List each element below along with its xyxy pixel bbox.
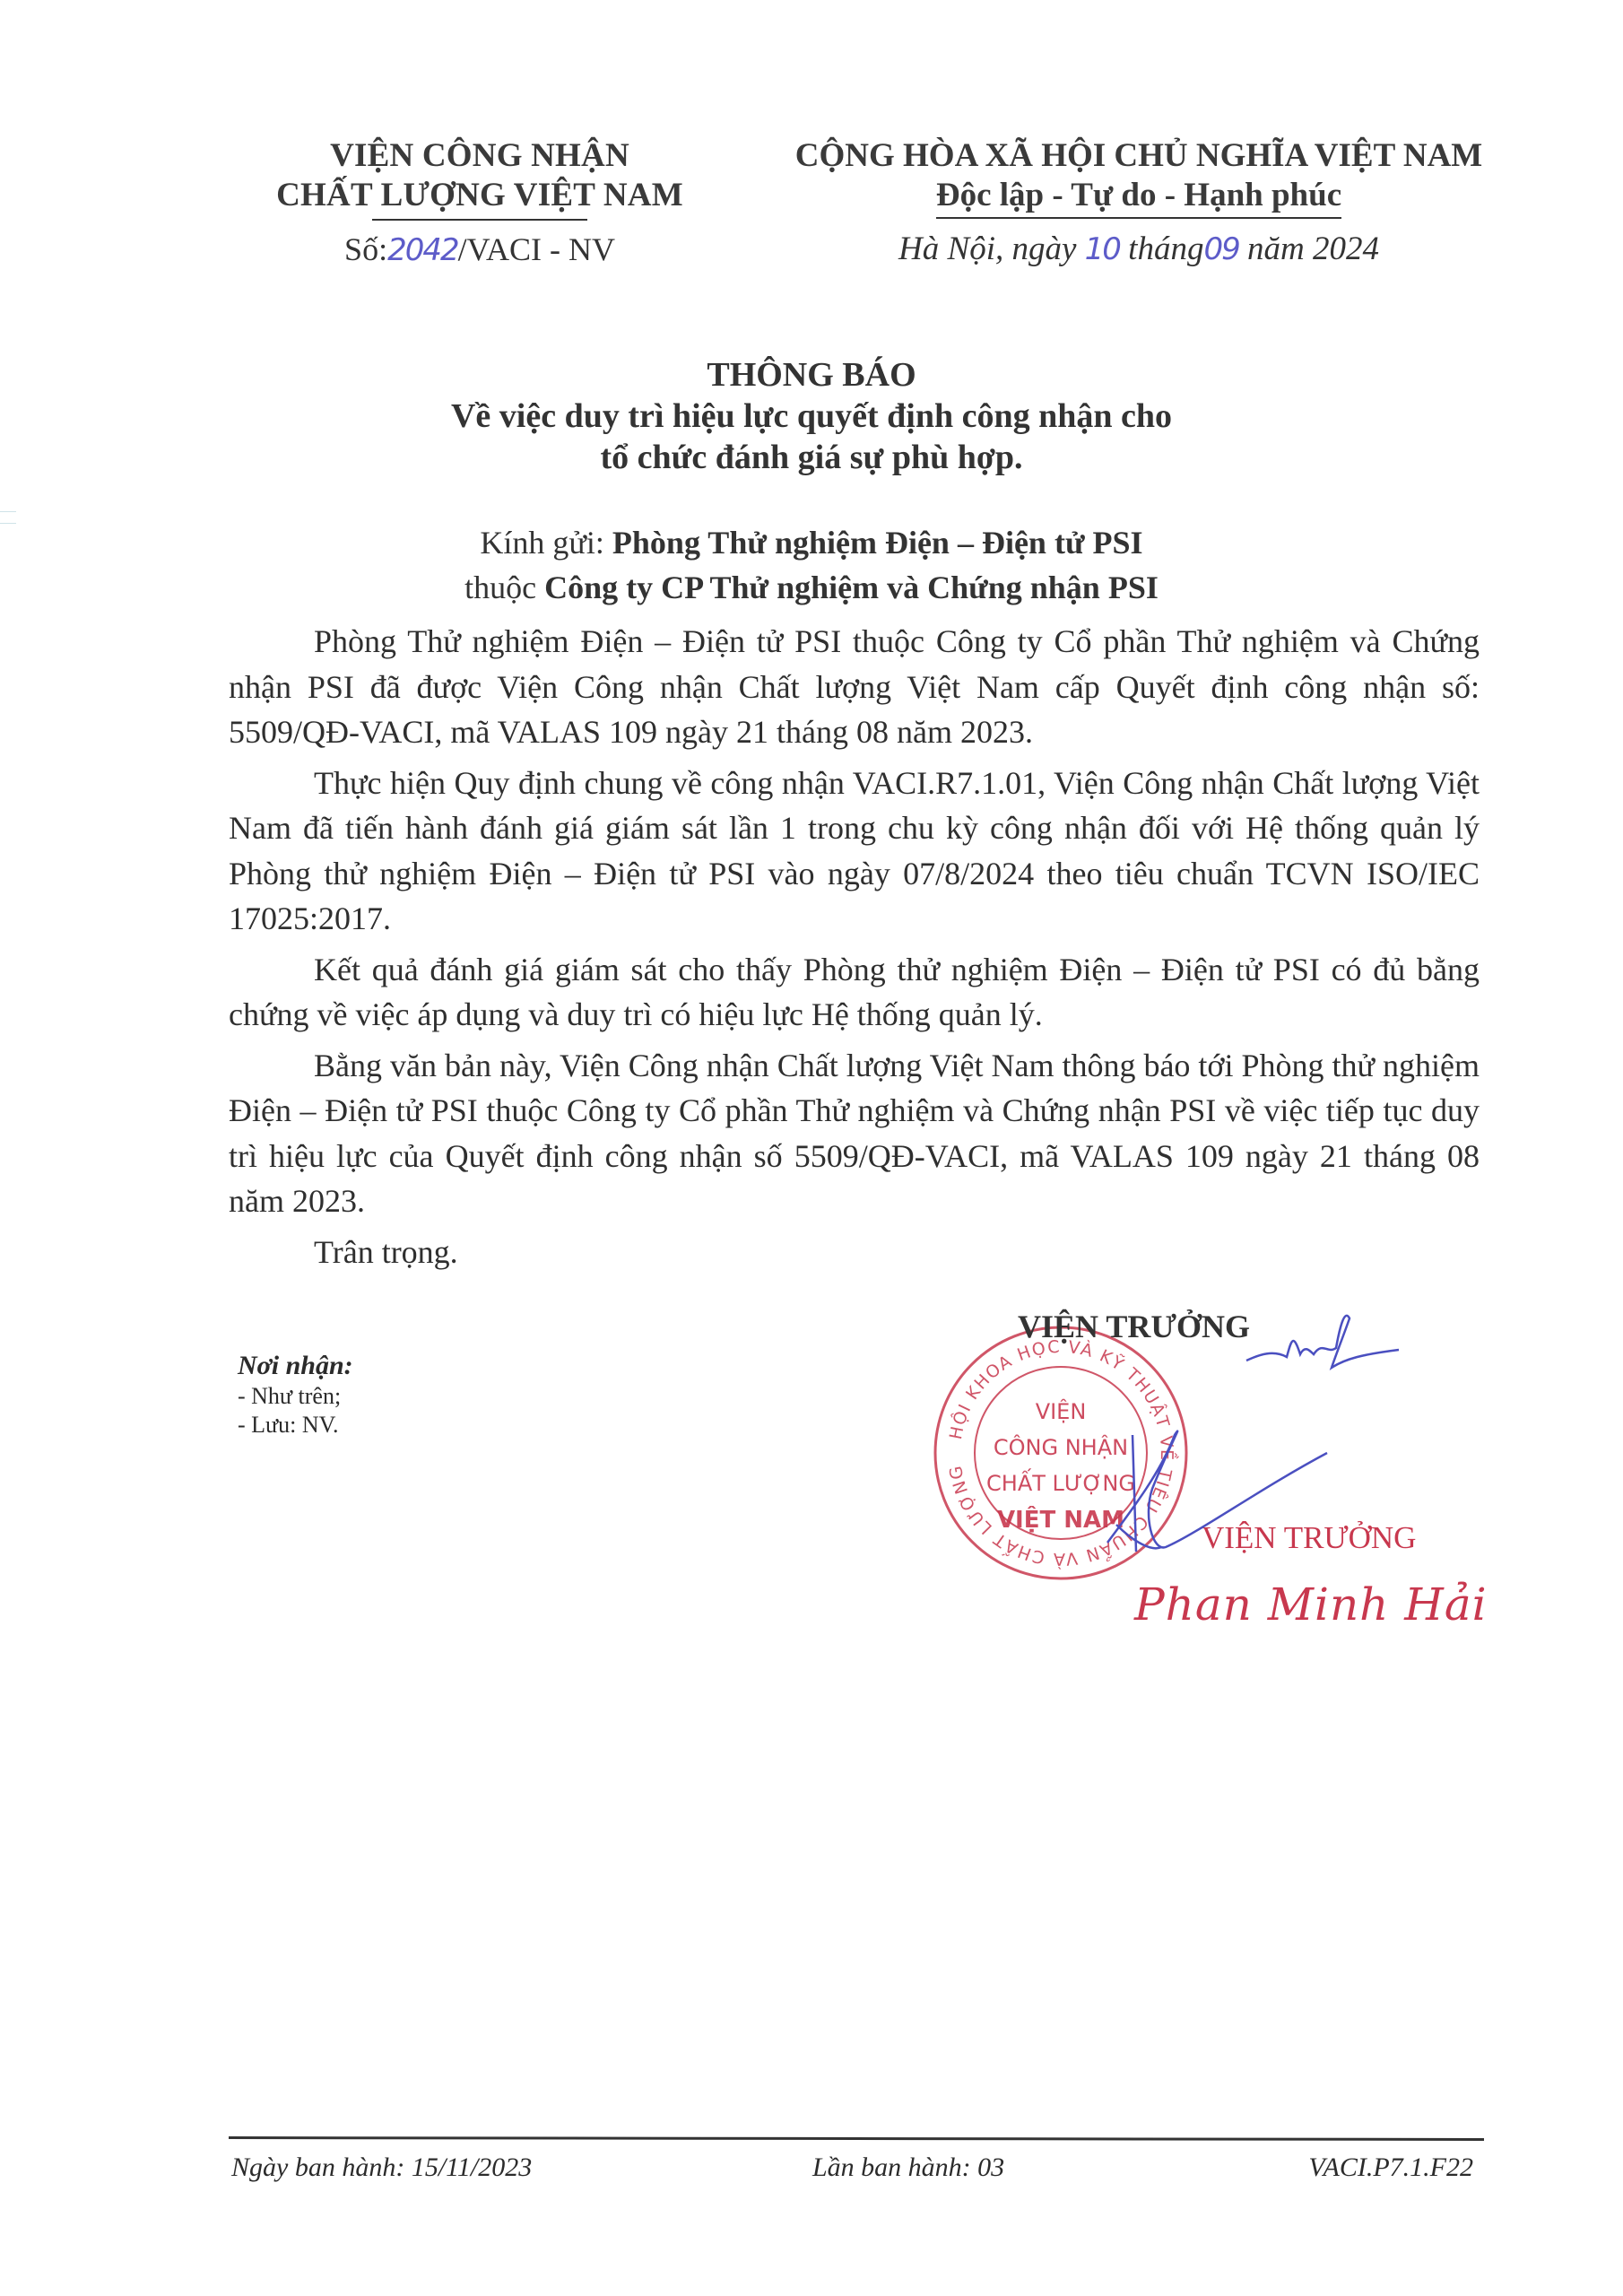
document-title: THÔNG BÁO Về việc duy trì hiệu lực quyết… [269, 354, 1354, 478]
date-prefix: Hà Nội, ngày [898, 230, 1085, 267]
national-header: CỘNG HÒA XÃ HỘI CHỦ NGHĨA VIỆT NAM Độc l… [780, 136, 1497, 269]
document-number-handwritten: 2042 [387, 232, 458, 268]
issuer-name-line2: CHẤT LƯỢNG VIỆT NAM [229, 176, 731, 215]
body-paragraph: Thực hiện Quy định chung về công nhận VA… [229, 761, 1480, 942]
document-footer: Ngày ban hành: 15/11/2023 Lần ban hành: … [231, 2152, 1482, 2197]
footer-issue-date: Ngày ban hành: 15/11/2023 [231, 2152, 532, 2183]
body-paragraph: Kết quả đánh giá giám sát cho thấy Phòng… [229, 947, 1480, 1038]
signature-initials-icon [1237, 1305, 1408, 1386]
recipient-company: Công ty CP Thử nghiệm và Chứng nhận PSI [544, 570, 1159, 605]
country-name: CỘNG HÒA XÃ HỘI CHỦ NGHĨA VIỆT NAM [780, 136, 1497, 176]
recipient-name: Phòng Thử nghiệm Điện – Điện tử PSI [612, 525, 1143, 561]
date-month-label: tháng [1120, 230, 1204, 267]
receiver-item: - Lưu: NV. [238, 1411, 596, 1439]
date-day-handwritten: 10 [1085, 231, 1120, 267]
footer-divider [229, 2136, 1484, 2141]
date-year: năm 2024 [1239, 230, 1379, 267]
title-subtitle-line2: tổ chức đánh giá sự phù hợp. [269, 437, 1354, 478]
handwritten-signature-icon [1098, 1417, 1332, 1570]
issuer-name-line1: VIỆN CÔNG NHẬN [229, 136, 731, 176]
scan-edge-mark [0, 523, 16, 524]
body-paragraph: Bằng văn bản này, Viện Công nhận Chất lư… [229, 1043, 1480, 1224]
document-date: Hà Nội, ngày 10 tháng09 năm 2024 [780, 230, 1497, 269]
recipient-line2-prefix: thuộc [464, 570, 544, 605]
closing-salutation: Trân trọng. [229, 1230, 1480, 1275]
national-motto: Độc lập - Tự do - Hạnh phúc [780, 176, 1497, 219]
issuer-header: VIỆN CÔNG NHẬN CHẤT LƯỢNG VIỆT NAM Số:20… [229, 136, 731, 270]
signatory-title: VIỆN TRƯỞNG [1018, 1308, 1250, 1345]
footer-form-code: VACI.P7.1.F22 [1308, 2152, 1473, 2183]
scan-edge-mark [0, 511, 16, 512]
footer-revision: Lần ban hành: 03 [812, 2152, 1004, 2183]
recipient-line1: Kính gửi: Phòng Thử nghiệm Điện – Điện t… [269, 520, 1354, 565]
document-body: Phòng Thử nghiệm Điện – Điện tử PSI thuộ… [229, 619, 1480, 1280]
document-number-suffix: /VACI - NV [458, 231, 615, 267]
national-motto-text: Độc lập - Tự do - Hạnh phúc [936, 176, 1341, 219]
receiver-item: - Như trên; [238, 1382, 596, 1411]
date-month-handwritten: 09 [1203, 231, 1238, 267]
recipient-label: Kính gửi: [480, 525, 612, 561]
svg-text:VIỆN: VIỆN [1036, 1398, 1087, 1424]
recipient-block: Kính gửi: Phòng Thử nghiệm Điện – Điện t… [269, 520, 1354, 610]
receivers-label: Nơi nhận: [238, 1350, 596, 1382]
document-number: Số:2042/VACI - NV [229, 230, 731, 270]
issuer-underline [372, 219, 587, 221]
document-number-prefix: Số: [344, 231, 387, 267]
title-heading: THÔNG BÁO [269, 354, 1354, 396]
body-paragraph: Phòng Thử nghiệm Điện – Điện tử PSI thuộ… [229, 619, 1480, 755]
signer-name: Phan Minh Hải [1134, 1578, 1488, 1631]
recipient-line2: thuộc Công ty CP Thử nghiệm và Chứng nhậ… [269, 565, 1354, 610]
title-subtitle-line1: Về việc duy trì hiệu lực quyết định công… [269, 396, 1354, 437]
receivers-block: Nơi nhận: - Như trên; - Lưu: NV. [238, 1350, 596, 1439]
